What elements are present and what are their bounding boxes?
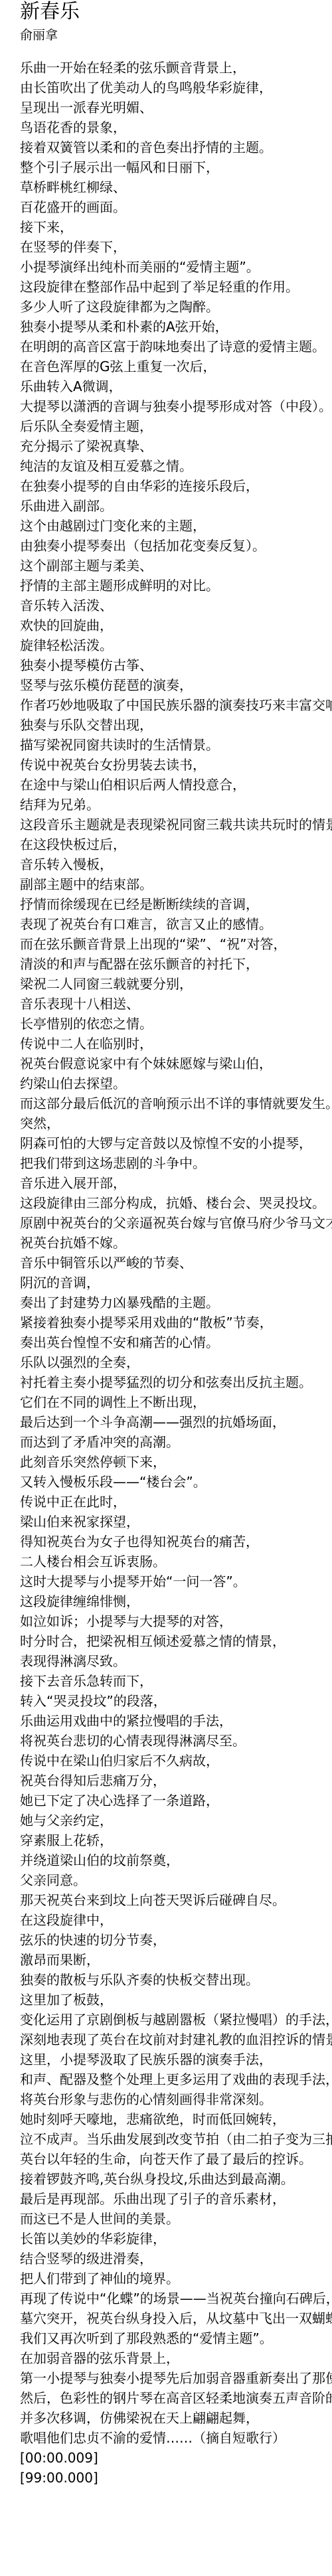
lyrics-page: 新春乐 俞丽拿 乐曲一开始在轻柔的弦乐颤音背景上，由长笛吹出了优美动人的鸟鸣般华…	[0, 0, 332, 2576]
lyric-line: 紧接着独奏小提琴采用戏曲的“散板”节奏，	[20, 1313, 332, 1332]
lyric-line: 纯洁的友谊及相互爱慕之情。	[20, 456, 332, 476]
lyric-line: 将英台形象与悲伤的心情刻画得非常深刻。	[20, 2089, 332, 2109]
lyric-line: 充分揭示了梁祝真挚、	[20, 436, 332, 456]
lyric-line: 英台以年轻的生命，向苍天作了最了最后的控诉。	[20, 2149, 332, 2169]
lyric-line: 整个引子展示出一幅风和日丽下，	[20, 157, 332, 177]
lyric-line: 最后是再现部。乐曲出现了引子的音乐素材，	[20, 2189, 332, 2209]
lyric-line: 而这已不是人世间的美景。	[20, 2209, 332, 2229]
lyric-line: 描写梁祝同窗共读时的生活情景。	[20, 735, 332, 755]
lyric-line: 变化运用了京剧倒板与越剧嚣板（紧拉慢唱）的手法，	[20, 2010, 332, 2030]
lyric-line: 在加弱音器的弦乐背景上，	[20, 2348, 332, 2368]
lyric-line: 独奏小提琴模仿古筝、	[20, 655, 332, 675]
lyric-line: 得知祝英台为女子也得知祝英台的痛苦，	[20, 1532, 332, 1552]
lyric-line: 这里加了板鼓，	[20, 1990, 332, 2010]
lyric-line: 音乐中铜管乐以严峻的节奏、	[20, 1253, 332, 1273]
lyric-line: 乐曲一开始在轻柔的弦乐颤音背景上，	[20, 58, 332, 78]
lyric-line: 阴森可怕的大锣与定音鼓以及惊惶不安的小提琴，	[20, 1133, 332, 1153]
lyric-line: [99:00.000]	[20, 2468, 332, 2488]
lyric-line: 祝英台抗婚不嫁。	[20, 1233, 332, 1253]
lyric-line: 奏出英台惶惶不安和痛苦的心情。	[20, 1332, 332, 1352]
lyric-line: 这段音乐主题就是表现梁祝同窗三载共读共玩时的情景。	[20, 815, 332, 835]
lyric-line: 梁祝二人同窗三载就要分别，	[20, 974, 332, 994]
lyric-line: 而在弦乐颤音背景上出现的“梁”、“祝”对答，	[20, 934, 332, 954]
lyric-line: 欢快的回旋曲，	[20, 615, 332, 635]
lyric-line: 激昂而果断，	[20, 1950, 332, 1970]
lyric-line: 深刻地表现了英台在坟前对封建礼教的血泪控诉的情景。	[20, 2030, 332, 2050]
lyric-line: 和声、配器及整个处理上更多运用了戏曲的表现手法，	[20, 2069, 332, 2089]
lyric-line: 阴沉的音调，	[20, 1273, 332, 1293]
lyric-line: 竖琴与弦乐模仿琵琶的演奏，	[20, 675, 332, 695]
lyric-line: 抒情的主部主题形成鲜明的对比。	[20, 576, 332, 596]
lyric-line: 如泣如诉；小提琴与大提琴的对答，	[20, 1611, 332, 1631]
lyric-line: 这段旋律由三部分构成，抗婚、楼台会、哭灵投坟。	[20, 1193, 332, 1213]
lyric-line: 在明朗的高音区富于韵味地奏出了诗意的爱情主题。	[20, 337, 332, 357]
lyric-line: 穿素服上花轿，	[20, 1830, 332, 1850]
lyric-line: 约梁山伯去探望。	[20, 1074, 332, 1093]
lyric-line: 这段旋律缠绵悱恻，	[20, 1591, 332, 1611]
lyric-line: 再现了传说中“化蝶”的场景——当祝英台撞向石碑后，	[20, 2289, 332, 2308]
lyric-line: 这段旋律在整部作品中起到了举足轻重的作用。	[20, 277, 332, 297]
lyric-line: 在独奏小提琴的自由华彩的连接乐段后，	[20, 476, 332, 496]
lyric-line: 歌唱他们忠贞不渝的爱情……（摘自短歌行）	[20, 2428, 332, 2448]
lyric-line: 并绕道梁山伯的坟前祭奠，	[20, 1850, 332, 1870]
lyric-line: 泣不成声。当乐曲发展到改变节拍（由二拍子变为三拍子）时，	[20, 2129, 332, 2149]
lyric-line: 将祝英台悲切的心情表现得淋漓尽至。	[20, 1731, 332, 1751]
lyric-line: 后乐队全奏爱情主题，	[20, 416, 332, 436]
lyric-line: 她时刻呼天嚎地，悲痛欲绝，时而低回婉转，	[20, 2109, 332, 2129]
lyric-line: 在这段快板过后，	[20, 835, 332, 854]
lyric-line: 独奏的散板与乐队齐奏的快板交替出现。	[20, 1970, 332, 1990]
lyric-line: 乐曲进入副部。	[20, 496, 332, 516]
lyric-line: 结合竖琴的级进滑奏，	[20, 2249, 332, 2269]
lyric-line: 接下去音乐急转而下，	[20, 1671, 332, 1691]
lyric-line: 祝英台得知后悲痛万分，	[20, 1771, 332, 1791]
lyric-line: 由独奏小提琴奏出（包括加花变奏反复）。	[20, 536, 332, 556]
lyric-line: 传说中二人在临别时，	[20, 1034, 332, 1054]
lyric-line: 她与父亲约定，	[20, 1811, 332, 1830]
lyric-line: 大提琴以潇洒的音调与独奏小提琴形成对答（中段）。	[20, 396, 332, 416]
lyric-line: 小提琴演绎出纯朴而美丽的“爱情主题”。	[20, 257, 332, 277]
lyric-line: 又转入慢板乐段——“楼台会”。	[20, 1472, 332, 1492]
lyric-line: 在音色浑厚的G弦上重复一次后，	[20, 357, 332, 376]
lyric-line: 长亭惜别的依恋之情。	[20, 1014, 332, 1034]
lyrics-lines: 乐曲一开始在轻柔的弦乐颤音背景上，由长笛吹出了优美动人的鸟鸣般华彩旋律，呈现出一…	[20, 58, 332, 2488]
lyric-line: 我们又再次听到了那段熟悉的“爱情主题”。	[20, 2328, 332, 2348]
lyric-line: 并多次移调，仿佛梁祝在天上翩翩起舞，	[20, 2408, 332, 2428]
lyric-line: 草桥畔桃红柳绿、	[20, 177, 332, 197]
lyric-line: 百花盛开的画面。	[20, 197, 332, 217]
lyric-line: 第一小提琴与独奏小提琴先后加弱音器重新奏出了那使人难忘的爱情主题，	[20, 2368, 332, 2388]
lyric-line: 乐曲转入A微调，	[20, 376, 332, 396]
lyric-line: 这里，小提琴汲取了民族乐器的演奏手法，	[20, 2050, 332, 2069]
lyric-line: 旋律轻松活泼。	[20, 635, 332, 655]
lyric-line: 传说中祝英台女扮男装去读书，	[20, 755, 332, 775]
artist-name: 俞丽拿	[20, 27, 332, 43]
lyric-line: 长笛以美妙的华彩旋律，	[20, 2229, 332, 2249]
lyric-line: 这个副部主题与柔美、	[20, 556, 332, 576]
lyric-line: 把人们带到了神仙的境界。	[20, 2269, 332, 2289]
lyric-line: 把我们带到这场悲剧的斗争中。	[20, 1153, 332, 1173]
lyric-line: 这个由越剧过门变化来的主题，	[20, 516, 332, 536]
lyric-line: 抒情而徐缓现在已经是断断续续的音调，	[20, 894, 332, 914]
lyric-line: 梁山伯来祝家探望，	[20, 1512, 332, 1532]
lyric-line: 传说中正在此时，	[20, 1492, 332, 1512]
lyric-line: 接下来，	[20, 217, 332, 237]
lyric-line: 清淡的和声与配器在弦乐颤音的衬托下，	[20, 954, 332, 974]
lyric-line: 而这部分最后低沉的音响预示出不详的事情就要发生。	[20, 1093, 332, 1113]
lyric-line: 接着锣鼓齐鸣,英台纵身投坟,乐曲达到最高潮。	[20, 2169, 332, 2189]
lyric-line: 多少人听了这段旋律都为之陶醉。	[20, 297, 332, 317]
lyric-line: 独奏小提琴从柔和朴素的A弦开始，	[20, 317, 332, 337]
lyric-line: 呈现出一派春光明媚、	[20, 98, 332, 118]
lyric-line: 作者巧妙地吸取了中国民族乐器的演奏技巧来丰富交响乐的表现力。	[20, 695, 332, 715]
lyric-line: 传说中在梁山伯归家后不久病故，	[20, 1751, 332, 1771]
lyric-line: 音乐转入活泼、	[20, 596, 332, 615]
lyric-line: 原剧中祝英台的父亲逼祝英台嫁与官僚马府少爷马文才，	[20, 1213, 332, 1233]
lyric-line: 二人楼台相会互诉衷肠。	[20, 1552, 332, 1571]
lyric-line: 衬托着主奏小提琴猛烈的切分和弦奏出反抗主题。	[20, 1372, 332, 1392]
lyric-line: 音乐转入慢板，	[20, 854, 332, 874]
lyric-line: 墓穴突开，祝英台纵身投入后，从坟墓中飞出一双蝴蝶，	[20, 2308, 332, 2328]
lyric-line: 而达到了矛盾冲突的高潮。	[20, 1432, 332, 1452]
lyric-line: 这时大提琴与小提琴开始“一问一答”。	[20, 1571, 332, 1591]
lyric-line: 接着双簧管以柔和的音色奏出抒情的主题。	[20, 137, 332, 157]
lyric-line: 此刻音乐突然停顿下来，	[20, 1452, 332, 1472]
lyric-line: 奏出了封建势力凶暴残酷的主题。	[20, 1293, 332, 1313]
lyric-line: 在途中与梁山伯相识后两人情投意合，	[20, 775, 332, 795]
lyric-line: 由长笛吹出了优美动人的鸟鸣般华彩旋律，	[20, 78, 332, 98]
lyric-line: [00:00.009]	[20, 2448, 332, 2468]
lyric-line: 副部主题中的结束部。	[20, 874, 332, 894]
lyric-line: 音乐进入展开部，	[20, 1173, 332, 1193]
song-title: 新春乐	[20, 0, 332, 23]
lyric-line: 表现了祝英台有口难言，欲言又止的感情。	[20, 914, 332, 934]
lyric-line: 弦乐的快速的切分节奏，	[20, 1930, 332, 1950]
lyric-line: 转入“哭灵投坟”的段落，	[20, 1691, 332, 1711]
lyric-line: 最后达到一个斗争高潮——强烈的抗婚场面，	[20, 1412, 332, 1432]
lyric-line: 乐曲运用戏曲中的紧拉慢唱的手法，	[20, 1711, 332, 1731]
lyric-line: 表现得淋漓尽致。	[20, 1651, 332, 1671]
lyric-line: 它们在不同的调性上不断出现，	[20, 1392, 332, 1412]
lyric-line: 那天祝英台来到坟上向苍天哭诉后碰碑自尽。	[20, 1890, 332, 1910]
lyric-line: 独奏与乐队交替出现，	[20, 715, 332, 735]
lyric-line: 时分时合，把梁祝相互倾述爱慕之情的情景，	[20, 1631, 332, 1651]
lyric-line: 她已下定了决心选择了一条道路，	[20, 1791, 332, 1811]
lyric-line: 突然，	[20, 1113, 332, 1133]
lyric-line: 在竖琴的伴奏下，	[20, 237, 332, 257]
lyric-line: 乐队以强烈的全奏，	[20, 1352, 332, 1372]
lyric-line: 父亲同意。	[20, 1870, 332, 1890]
lyric-line: 音乐表现十八相送、	[20, 994, 332, 1014]
lyric-line: 在这段旋律中，	[20, 1910, 332, 1930]
lyric-line: 然后，色彩性的钢片琴在高音区轻柔地演奏五声音阶的起伏的音型，	[20, 2388, 332, 2408]
lyric-line: 鸟语花香的景象，	[20, 118, 332, 137]
lyric-line: 祝英台假意说家中有个妹妹愿嫁与梁山伯，	[20, 1054, 332, 1074]
lyric-line: 结拜为兄弟。	[20, 795, 332, 815]
